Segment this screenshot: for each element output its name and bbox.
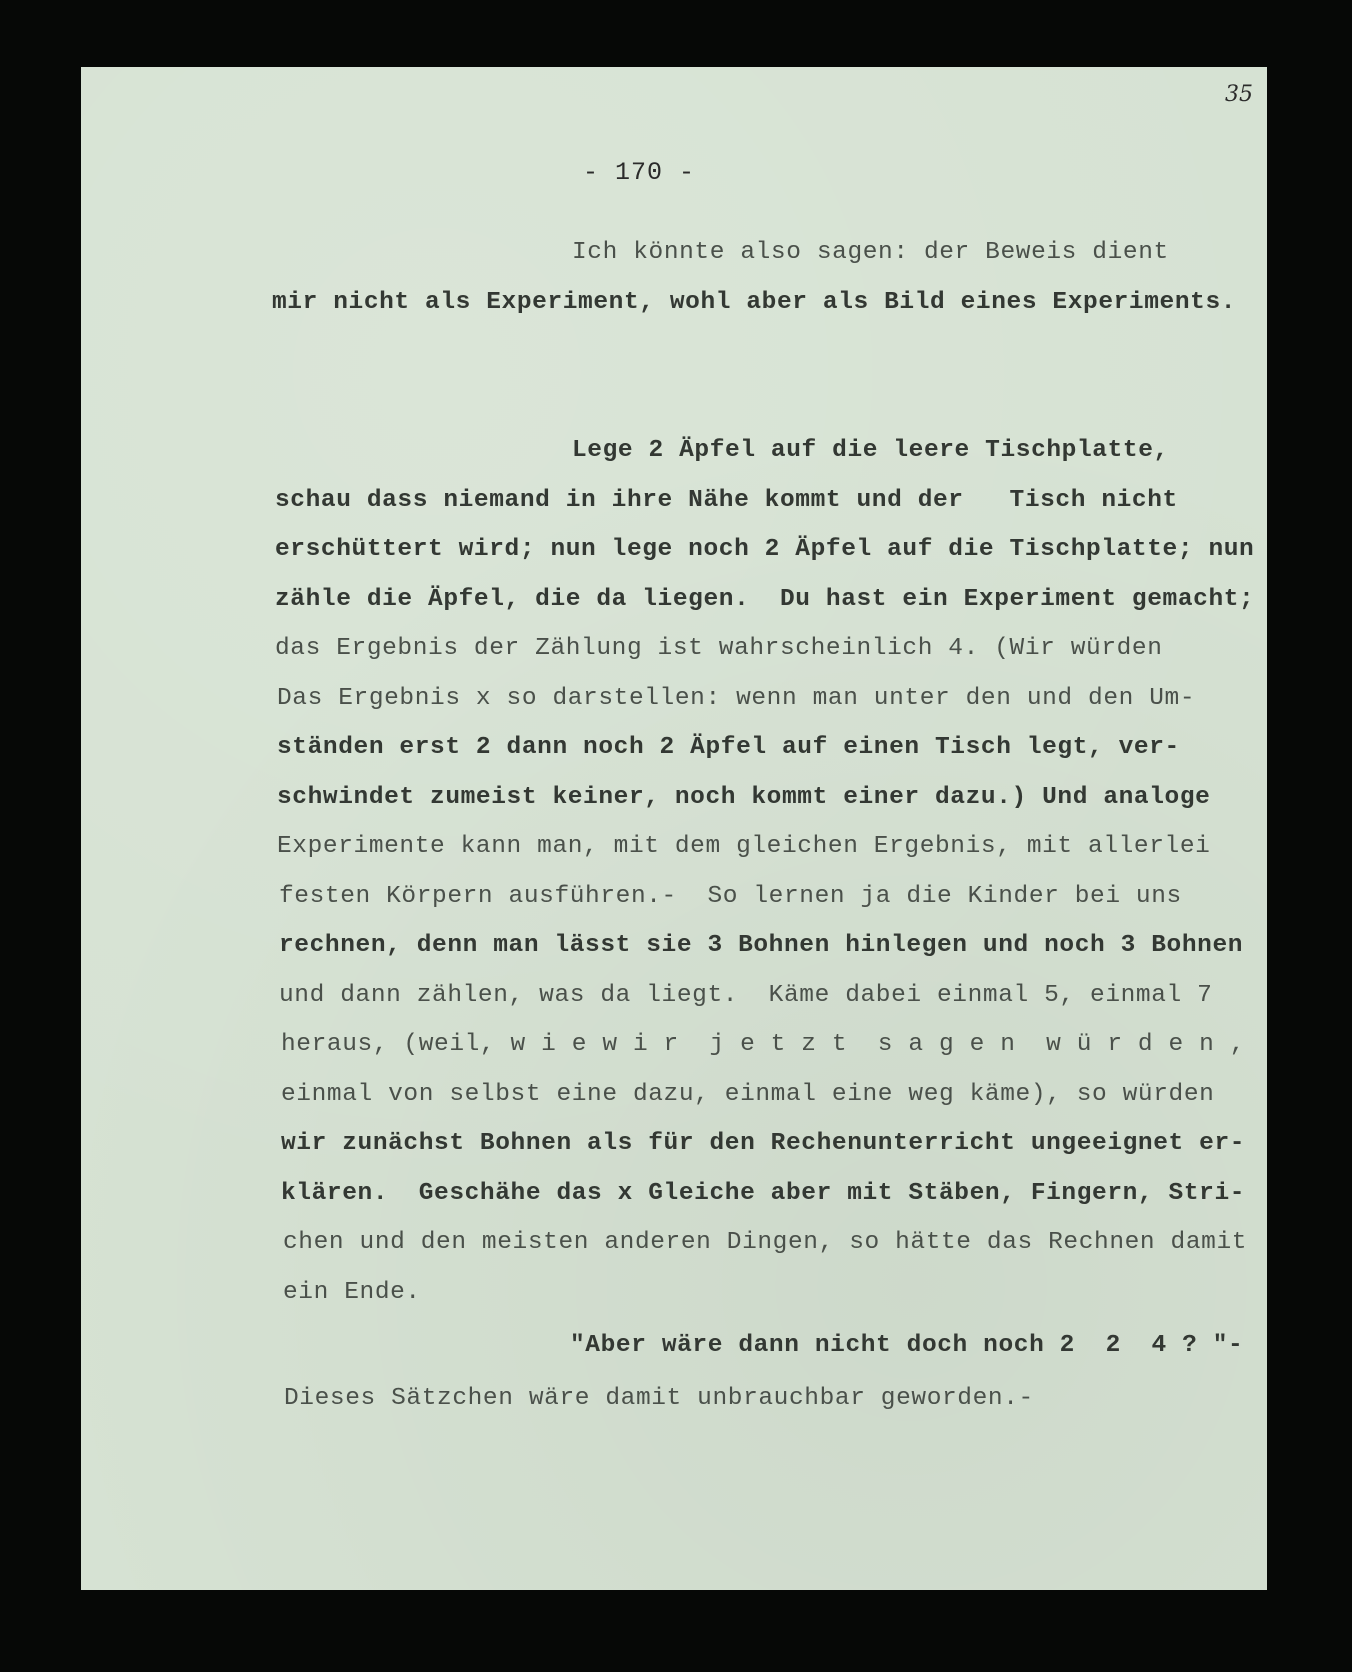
text-line: Ich könnte also sagen: der Beweis dient xyxy=(572,238,1169,268)
text-line: schau dass niemand in ihre Nähe kommt un… xyxy=(275,486,1178,516)
text-line: heraus, (weil, w i e w i r j e t z t s a… xyxy=(281,1030,1245,1060)
text-line: chen und den meisten anderen Dingen, so … xyxy=(283,1228,1247,1258)
text-line: rechnen, denn man lässt sie 3 Bohnen hin… xyxy=(279,931,1243,961)
page-number: - 170 - xyxy=(583,158,695,187)
text-line: das Ergebnis der Zählung ist wahrscheinl… xyxy=(275,634,1163,664)
text-line: "Aber wäre dann nicht doch noch 2 2 4 ? … xyxy=(570,1331,1243,1361)
folio-mark: 35 xyxy=(1225,82,1253,107)
text-line: Experimente kann man, mit dem gleichen E… xyxy=(277,832,1210,862)
text-line: schwindet zumeist keiner, noch kommt ein… xyxy=(277,783,1210,813)
text-line: einmal von selbst eine dazu, einmal eine… xyxy=(281,1080,1214,1110)
text-line: ständen erst 2 dann noch 2 Äpfel auf ein… xyxy=(277,733,1180,763)
text-line: zähle die Äpfel, die da liegen. Du hast … xyxy=(275,585,1254,615)
text-line: Lege 2 Äpfel auf die leere Tischplatte, xyxy=(572,436,1169,466)
text-line: Das Ergebnis x so darstellen: wenn man u… xyxy=(277,684,1195,714)
text-line: ein Ende. xyxy=(283,1278,421,1308)
text-line: mir nicht als Experiment, wohl aber als … xyxy=(272,288,1236,318)
text-line: Dieses Sätzchen wäre damit unbrauchbar g… xyxy=(284,1384,1034,1414)
text-line: wir zunächst Bohnen als für den Rechenun… xyxy=(281,1129,1245,1159)
text-line: erschüttert wird; nun lege noch 2 Äpfel … xyxy=(275,535,1254,565)
text-line: festen Körpern ausführen.- So lernen ja … xyxy=(279,882,1182,912)
text-line: klären. Geschähe das x Gleiche aber mit … xyxy=(281,1179,1245,1209)
text-line: und dann zählen, was da liegt. Käme dabe… xyxy=(279,981,1212,1011)
